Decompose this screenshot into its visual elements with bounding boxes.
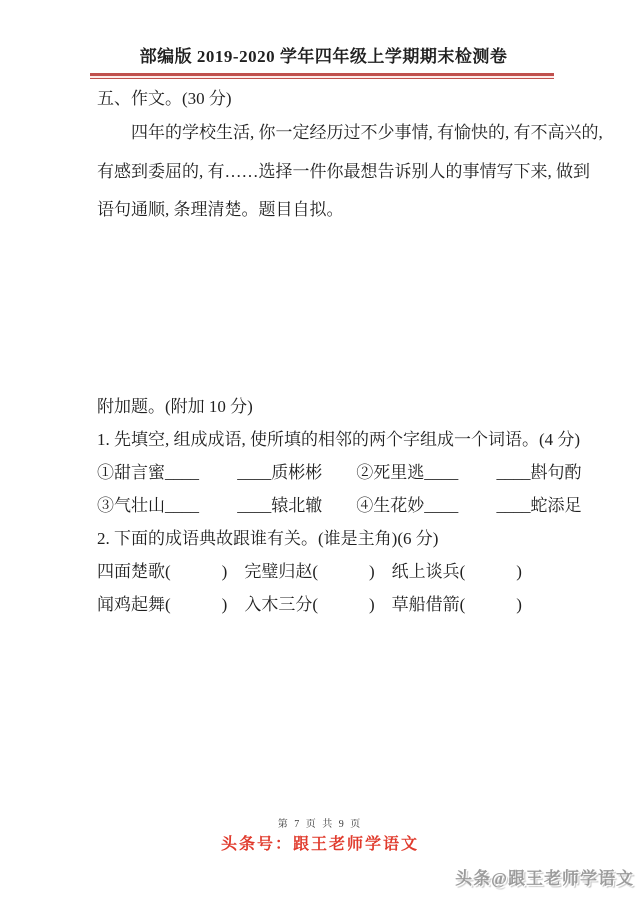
bonus-question-1-prompt: 1. 先填空, 组成成语, 使所填的相邻的两个字组成一个词语。(4 分): [97, 428, 550, 452]
essay-paragraph-line-2: 有感到委屈的, 有……选择一件你最想告诉别人的事情写下来, 做到: [97, 155, 550, 189]
page-number-indicator: 第 7 页 共 9 页: [0, 818, 640, 832]
bonus-question-2-prompt: 2. 下面的成语典故跟谁有关。(谁是主角)(6 分): [97, 527, 550, 551]
toutiao-channel-label: 头条号：跟王老师学语文: [0, 835, 640, 855]
page-footer: 第 7 页 共 9 页 头条号：跟王老师学语文: [0, 818, 640, 855]
bonus-question-2-idioms-row-2: 闻鸡起舞( ) 入木三分( ) 草船借箭( ): [97, 593, 550, 617]
bonus-section: 附加题。(附加 10 分) 1. 先填空, 组成成语, 使所填的相邻的两个字组成…: [97, 395, 550, 617]
page-content: 部编版 2019-2020 学年四年级上学期期末检测卷 五、作文。(30 分) …: [97, 46, 550, 617]
document-title: 部编版 2019-2020 学年四年级上学期期末检测卷: [97, 46, 550, 68]
bonus-question-2-idioms-row-1: 四面楚歌( ) 完璧归赵( ) 纸上谈兵( ): [97, 560, 550, 584]
essay-paragraph-line-1: 四年的学校生活, 你一定经历过不少事情, 有愉快的, 有不高兴的,: [97, 116, 550, 150]
exam-page: 部编版 2019-2020 学年四年级上学期期末检测卷 五、作文。(30 分) …: [0, 0, 640, 905]
header-double-rule: [90, 73, 554, 79]
essay-section: 五、作文。(30 分) 四年的学校生活, 你一定经历过不少事情, 有愉快的, 有…: [97, 87, 550, 227]
toutiao-watermark: 头条@跟王老师学语文: [455, 864, 634, 889]
bonus-question-1-blanks-row-1: ①甜言蜜____ ____质彬彬 ②死里逃____ ____斟句酌: [97, 461, 550, 485]
bonus-question-1-blanks-row-2: ③气壮山____ ____辕北辙 ④生花妙____ ____蛇添足: [97, 494, 550, 518]
bonus-section-heading: 附加题。(附加 10 分): [97, 395, 550, 419]
page-header: 部编版 2019-2020 学年四年级上学期期末检测卷: [97, 46, 550, 79]
essay-paragraph-line-3: 语句通顺, 条理清楚。题目自拟。: [97, 193, 550, 227]
essay-section-heading: 五、作文。(30 分): [97, 87, 550, 111]
